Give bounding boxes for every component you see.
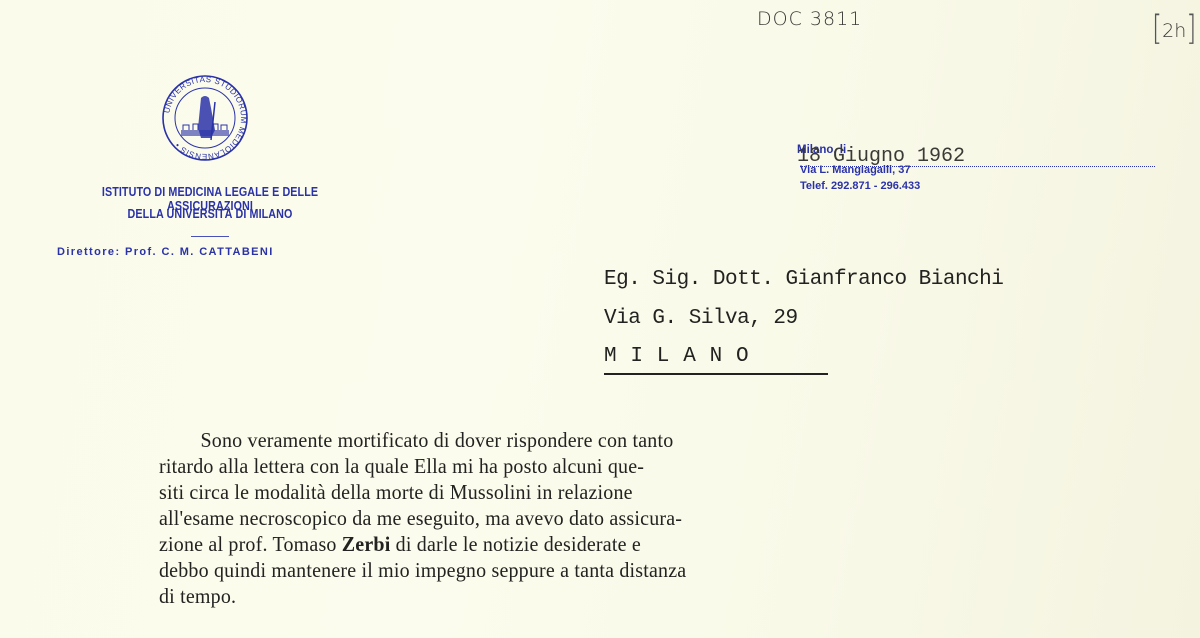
body-line: di tempo. bbox=[159, 583, 686, 609]
university-seal-icon: UNIVERSITAS STUDIORUM MEDIOLANENSIS • bbox=[161, 74, 249, 162]
recipient-street: Via G. Silva, 29 bbox=[604, 307, 798, 330]
letterhead-divider bbox=[191, 236, 229, 237]
recipient-city: M I L A N O bbox=[604, 345, 749, 368]
page-number-text: 2h bbox=[1162, 20, 1186, 42]
body-line: all'esame necroscopico da me eseguito, m… bbox=[159, 505, 686, 531]
letter-body: Sono veramente mortificato di dover risp… bbox=[159, 427, 686, 609]
surname-zerbi: Zerbi bbox=[342, 532, 391, 556]
body-line: ritardo alla lettera con la quale Ella m… bbox=[159, 453, 686, 479]
institute-phone: Telef. 292.871 - 296.433 bbox=[800, 180, 920, 192]
director-name: Direttore: Prof. C. M. CATTABENI bbox=[57, 246, 274, 258]
body-line-start: zione al prof. Tomaso bbox=[159, 532, 342, 556]
city-underline bbox=[604, 373, 828, 375]
body-line: siti circa le modalità della morte di Mu… bbox=[159, 479, 686, 505]
page-number-annotation: [2h] bbox=[1152, 14, 1196, 44]
archive-doc-reference: DOC 3811 bbox=[757, 8, 862, 30]
university-name: DELLA UNIVERSITÀ DI MILANO bbox=[64, 207, 356, 221]
institute-address: Via L. Mangiagalli, 37 bbox=[800, 164, 910, 176]
body-line: debbo quindi mantenere il mio impegno se… bbox=[159, 557, 686, 583]
body-line: zione al prof. Tomaso Zerbi di darle le … bbox=[159, 531, 686, 557]
recipient-name: Eg. Sig. Dott. Gianfranco Bianchi bbox=[604, 268, 1003, 291]
body-line-end: di darle le notizie desiderate e bbox=[390, 532, 640, 556]
body-line: Sono veramente mortificato di dover risp… bbox=[159, 427, 686, 453]
